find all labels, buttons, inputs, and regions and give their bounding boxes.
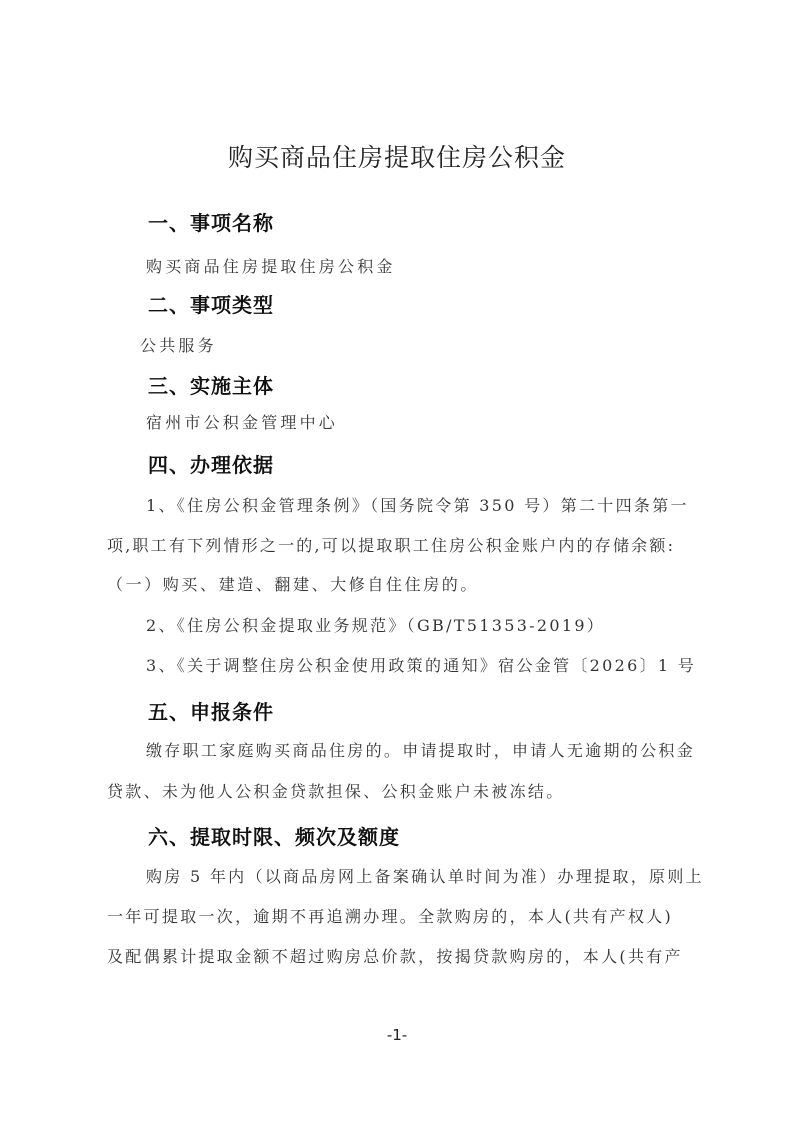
section-heading-time-frequency-amount: 六、提取时限、频次及额度 xyxy=(148,821,400,850)
legal-basis-line-3: （一）购买、建造、翻建、大修自住住房的。 xyxy=(107,572,479,595)
legal-basis-line-1: 1、《住房公积金管理条例》（国务院令第 350 号）第二十四条第一 xyxy=(146,493,689,516)
section-heading-item-type: 二、事项类型 xyxy=(148,289,274,318)
section-heading-implementing-body: 三、实施主体 xyxy=(148,370,274,399)
time-frequency-amount-line-1: 购房 5 年内（以商品房网上备案确认单时间为准）办理提取，原则上 xyxy=(146,864,704,887)
section-heading-legal-basis: 四、办理依据 xyxy=(148,449,274,478)
application-conditions-line-2: 贷款、未为他人公积金贷款担保、公积金账户未被冻结。 xyxy=(107,779,565,802)
section-heading-item-name: 一、事项名称 xyxy=(148,207,274,236)
item-name-text: 购买商品住房提取住房公积金 xyxy=(146,254,396,277)
legal-basis-line-5: 3、《关于调整住房公积金使用政策的通知》宿公金管〔2026〕1 号 xyxy=(146,653,696,676)
legal-basis-line-4: 2、《住房公积金提取业务规范》（GB/T51353-2019） xyxy=(146,613,605,636)
time-frequency-amount-line-2: 一年可提取一次，逾期不再追溯办理。全款购房的，本人(共有产权人) xyxy=(107,904,673,927)
time-frequency-amount-line-3: 及配偶累计提取金额不超过购房总价款，按揭贷款购房的，本人(共有产 xyxy=(107,944,683,967)
document-page: 购买商品住房提取住房公积金 一、事项名称 购买商品住房提取住房公积金 二、事项类… xyxy=(0,0,794,1122)
document-title: 购买商品住房提取住房公积金 xyxy=(0,138,794,174)
section-heading-application-conditions: 五、申报条件 xyxy=(148,696,274,725)
legal-basis-line-2: 项,职工有下列情形之一的,可以提取职工住房公积金账户内的存储余额: xyxy=(107,533,675,556)
application-conditions-line-1: 缴存职工家庭购买商品住房的。申请提取时，申请人无逾期的公积金 xyxy=(146,738,695,761)
implementing-body-text: 宿州市公积金管理中心 xyxy=(146,410,338,433)
page-number: -1- xyxy=(0,1026,794,1044)
item-type-text: 公共服务 xyxy=(140,333,217,356)
